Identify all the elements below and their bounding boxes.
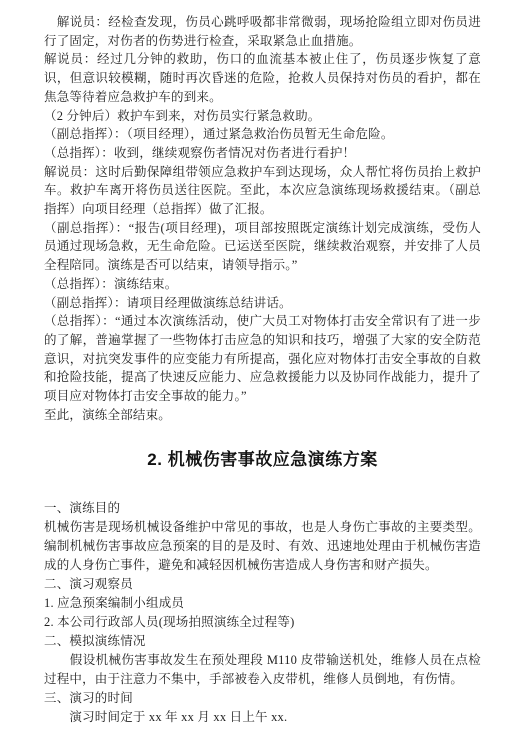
script-paragraph: 至此，演练全部结束。 [44,406,481,425]
script-paragraph: （副总指挥）：请项目经理做演练总结讲话。 [44,294,481,313]
section-title: 2. 机械伤害事故应急演练方案 [44,448,481,472]
script-paragraph: （副总指挥）：“报告(项目经理)，项目部按照既定演练计划完成演练，受伤人员通过现… [44,219,481,275]
body-paragraph: 演习时间定于 xx 年 xx 月 xx 日上午 xx. [44,708,481,727]
list-item: 2. 本公司行政部人员(现场拍照演练全过程等) [44,613,481,632]
script-paragraph: 解说员：经检查发现，伤员心跳呼吸都非常微弱，现场抢险组立即对伤员进行了固定，对伤… [44,13,481,50]
subsection-heading: 一、演练目的 [44,499,481,518]
script-paragraph: 解说员：这时后勤保障组带领应急救护车到达现场，众人帮忙将伤员抬上救护车。救护车离… [44,163,481,219]
subsection-heading: 三、演习的时间 [44,689,481,708]
body-paragraph: 假设机械伤害事故发生在预处理段 M110 皮带输送机处，维修人员在点检过程中，由… [44,651,481,689]
document-page: 解说员：经检查发现，伤员心跳呼吸都非常微弱，现场抢险组立即对伤员进行了固定，对伤… [0,0,527,740]
subsection-heading: 二、模拟演练情况 [44,632,481,651]
script-paragraph: （总指挥）：演练结束。 [44,275,481,294]
script-paragraph: （副总指挥）：（项目经理），通过紧急救治伤员暂无生命危险。 [44,125,481,144]
script-paragraph: （总指挥）：收到，继续观察伤者情况对伤者进行看护！ [44,144,481,163]
script-paragraph: 解说员：经过几分钟的救助，伤口的血流基本被止住了，伤员逐步恢复了意识，但意识较模… [44,50,481,106]
body-paragraph: 机械伤害是现场机械设备维护中常见的事故，也是人身伤亡事故的主要类型。编制机械伤害… [44,518,481,575]
script-paragraph: （总指挥）：“通过本次演练活动，使广大员工对物体打击安全常识有了进一步的了解，普… [44,312,481,406]
list-item: 1. 应急预案编制小组成员 [44,594,481,613]
script-paragraph: （2 分钟后）救护车到来，对伤员实行紧急救助。 [44,107,481,126]
subsection-heading: 二、演习观察员 [44,575,481,594]
